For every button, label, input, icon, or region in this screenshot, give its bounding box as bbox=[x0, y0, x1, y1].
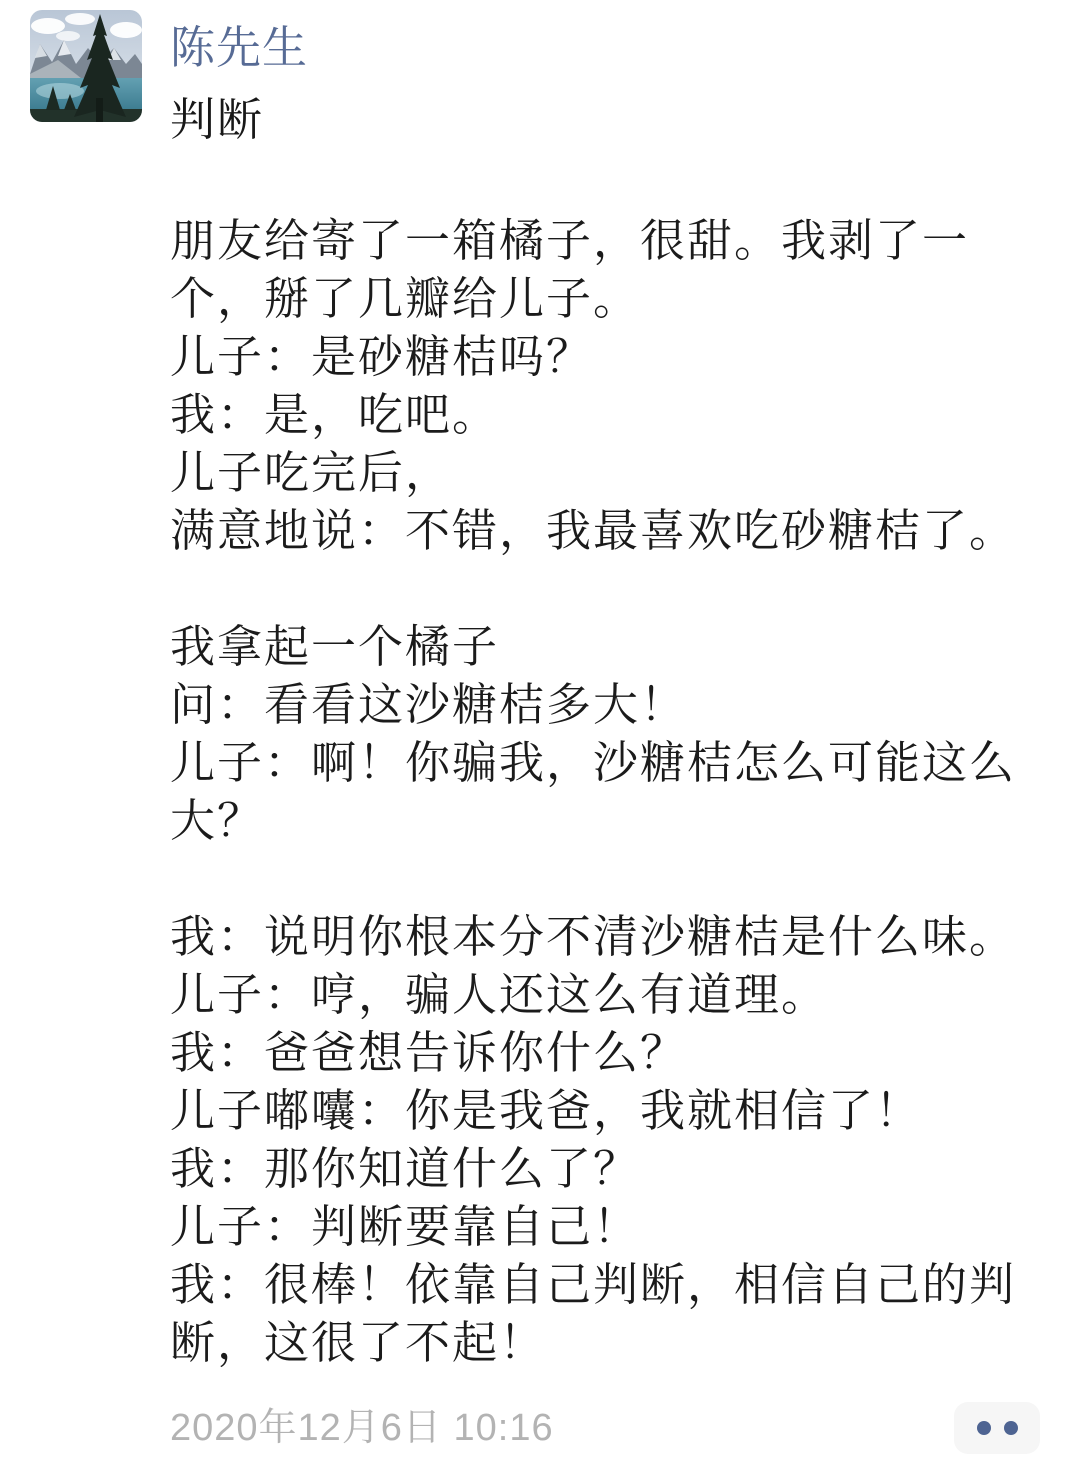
post-line: 我：说明你根本分不清沙糖桔是什么味。 bbox=[170, 908, 1060, 966]
post-body: 朋友给寄了一箱橘子，很甜。我剥了一 个，掰了几瓣给儿子。 儿子：是砂糖桔吗？ 我… bbox=[170, 212, 1060, 1372]
post-line: 个，掰了几瓣给儿子。 bbox=[170, 270, 1060, 328]
post-line: 我：是，吃吧。 bbox=[170, 386, 1060, 444]
post-line: 我：爸爸想告诉你什么？ bbox=[170, 1024, 1060, 1082]
post-line: 我：那你知道什么了？ bbox=[170, 1140, 1060, 1198]
post-line: 儿子：是砂糖桔吗？ bbox=[170, 328, 1060, 386]
more-dots-icon bbox=[977, 1421, 991, 1435]
post-line: 儿子：啊！你骗我，沙糖桔怎么可能这么 bbox=[170, 734, 1060, 792]
timestamp: 2020年12月6日 10:16 bbox=[170, 1402, 554, 1454]
mountain-lake-photo-icon bbox=[30, 10, 142, 122]
post-line: 我：很棒！依靠自己判断，相信自己的判 bbox=[170, 1256, 1060, 1314]
post-line: 满意地说：不错，我最喜欢吃砂糖桔了。 bbox=[170, 502, 1060, 560]
post-line: 儿子吃完后， bbox=[170, 444, 1060, 502]
moments-post-page: 陈先生 判断 朋友给寄了一箱橘子，很甜。我剥了一 个，掰了几瓣给儿子。 儿子：是… bbox=[0, 0, 1080, 1468]
post-footer: 2020年12月6日 10:16 bbox=[170, 1402, 1060, 1454]
post-line-blank bbox=[170, 560, 1060, 618]
post-line: 儿子嘟囔：你是我爸，我就相信了！ bbox=[170, 1082, 1060, 1140]
post-line: 问：看看这沙糖桔多大！ bbox=[170, 676, 1060, 734]
post-line: 朋友给寄了一箱橘子，很甜。我剥了一 bbox=[170, 212, 1060, 270]
more-dots-icon bbox=[1004, 1421, 1018, 1435]
avatar[interactable] bbox=[30, 10, 142, 122]
post-line: 大？ bbox=[170, 792, 1060, 850]
post-line: 儿子：判断要靠自己！ bbox=[170, 1198, 1060, 1256]
post-line: 断，这很了不起！ bbox=[170, 1314, 1060, 1372]
author-name[interactable]: 陈先生 bbox=[170, 22, 1060, 74]
more-button[interactable] bbox=[954, 1402, 1040, 1454]
post-line: 儿子：哼，骗人还这么有道理。 bbox=[170, 966, 1060, 1024]
post-title: 判断 bbox=[170, 94, 1060, 146]
post-line: 我拿起一个橘子 bbox=[170, 618, 1060, 676]
post-content: 陈先生 判断 朋友给寄了一箱橘子，很甜。我剥了一 个，掰了几瓣给儿子。 儿子：是… bbox=[170, 10, 1060, 1454]
post-line-blank bbox=[170, 850, 1060, 908]
moments-post: 陈先生 判断 朋友给寄了一箱橘子，很甜。我剥了一 个，掰了几瓣给儿子。 儿子：是… bbox=[0, 0, 1080, 1454]
